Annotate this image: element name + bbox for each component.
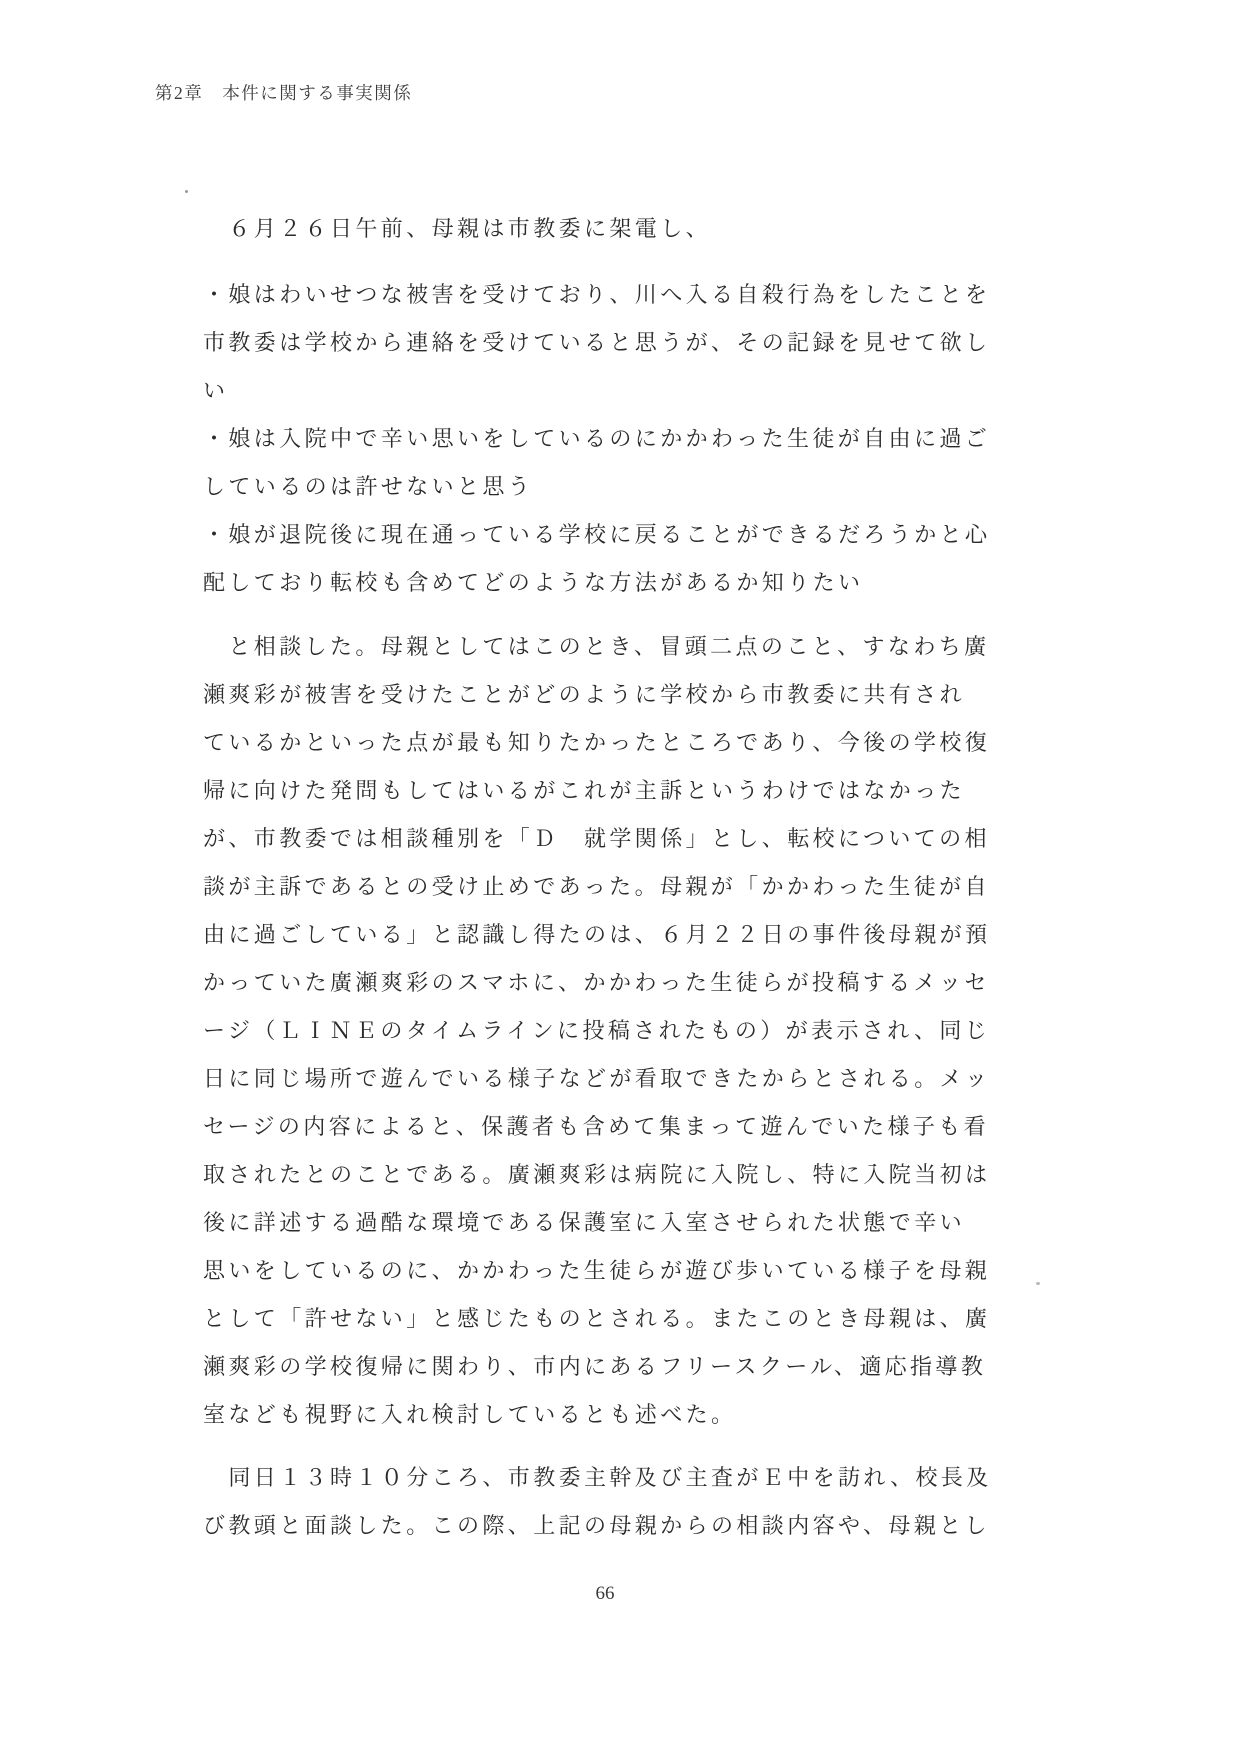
bullet-line: 市教委は学校から連絡を受けていると思うが、その記録を見せて欲し [203, 319, 1003, 367]
text-line: 帰に向けた発問もしてはいるがこれが主訴というわけではなかった [203, 767, 1003, 815]
text-line: ージ（ＬＩＮＥのタイムラインに投稿されたもの）が表示され、同じ [203, 1007, 1003, 1055]
text-line: 由に過ごしている」と認識し得たのは、６月２２日の事件後母親が預 [203, 911, 1003, 959]
bullet-line: ・娘はわいせつな被害を受けており、川へ入る自殺行為をしたことを [203, 271, 1003, 319]
text-line: 瀬爽彩が被害を受けたことがどのように学校から市教委に共有され [203, 671, 1003, 719]
text-line: 同日１３時１０分ころ、市教委主幹及び主査がＥ中を訪れ、校長及 [203, 1454, 1003, 1502]
text-line: と相談した。母親としてはこのとき、冒頭二点のこと、すなわち廣 [203, 623, 1003, 671]
text-line: 室なども視野に入れ検討しているとも述べた。 [203, 1391, 1003, 1439]
text-line: が、市教委では相談種別を「Ｄ 就学関係」とし、転校についての相 [203, 815, 1003, 863]
text-line: 思いをしているのに、かかわった生徒らが遊び歩いている様子を母親 [203, 1247, 1003, 1295]
paragraph-1: ６月２６日午前、母親は市教委に架電し、 [203, 205, 1003, 253]
document-page: 第2章 本件に関する事実関係 ６月２６日午前、母親は市教委に架電し、 ・娘はわい… [0, 0, 1239, 1754]
bullet-list: ・娘はわいせつな被害を受けており、川へ入る自殺行為をしたことを 市教委は学校から… [203, 271, 1003, 607]
bullet-line: 配しており転校も含めてどのような方法があるか知りたい [203, 559, 1003, 607]
text-line: 日に同じ場所で遊んでいる様子などが看取できたからとされる。メッ [203, 1055, 1003, 1103]
bullet-line: い [203, 367, 1003, 415]
text-line: 取されたとのことである。廣瀬爽彩は病院に入院し、特に入院当初は [203, 1151, 1003, 1199]
text-line: かっていた廣瀬爽彩のスマホに、かかわった生徒らが投稿するメッセ [203, 959, 1003, 1007]
scan-speck [1036, 1282, 1040, 1285]
text-line: び教頭と面談した。この際、上記の母親からの相談内容や、母親とし [203, 1502, 1003, 1550]
document-body: ６月２６日午前、母親は市教委に架電し、 ・娘はわいせつな被害を受けており、川へ入… [203, 205, 1003, 1550]
text-line: 瀬爽彩の学校復帰に関わり、市内にあるフリースクール、適応指導教 [203, 1343, 1003, 1391]
chapter-header: 第2章 本件に関する事実関係 [155, 80, 412, 105]
text-line: ６月２６日午前、母親は市教委に架電し、 [203, 205, 1003, 253]
page-number: 66 [0, 1583, 1210, 1605]
bullet-line: しているのは許せないと思う [203, 463, 1003, 511]
text-line: として「許せない」と感じたものとされる。またこのとき母親は、廣 [203, 1295, 1003, 1343]
text-line: 後に詳述する過酷な環境である保護室に入室させられた状態で辛い [203, 1199, 1003, 1247]
paragraph-2: と相談した。母親としてはこのとき、冒頭二点のこと、すなわち廣 瀬爽彩が被害を受け… [203, 623, 1003, 1439]
text-line: セージの内容によると、保護者も含めて集まって遊んでいた様子も看 [203, 1103, 1003, 1151]
bullet-line: ・娘は入院中で辛い思いをしているのにかかわった生徒が自由に過ご [203, 415, 1003, 463]
bullet-line: ・娘が退院後に現在通っている学校に戻ることができるだろうかと心 [203, 511, 1003, 559]
text-line: 談が主訴であるとの受け止めであった。母親が「かかわった生徒が自 [203, 863, 1003, 911]
scan-speck [185, 190, 188, 193]
paragraph-3: 同日１３時１０分ころ、市教委主幹及び主査がＥ中を訪れ、校長及 び教頭と面談した。… [203, 1454, 1003, 1550]
text-line: ているかといった点が最も知りたかったところであり、今後の学校復 [203, 719, 1003, 767]
